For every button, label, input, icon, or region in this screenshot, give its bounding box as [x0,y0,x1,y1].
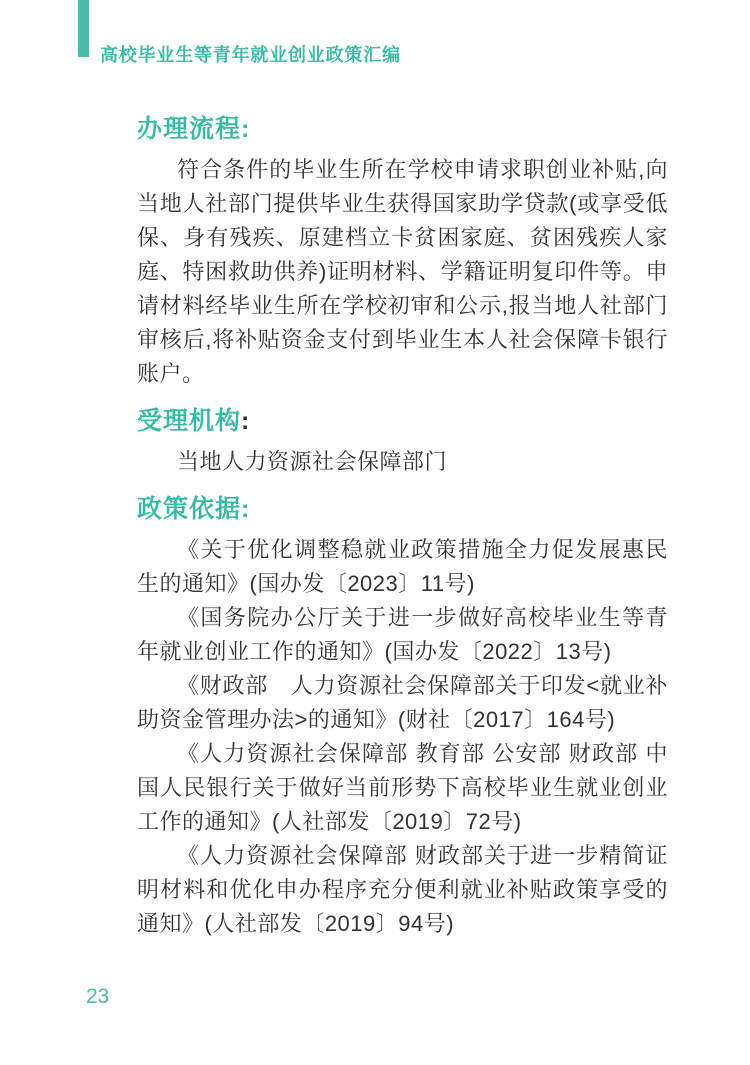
policy-item: 《人力资源社会保障部 财政部关于进一步精简证明材料和优化申办程序充分便利就业补贴… [137,839,668,941]
document-page: 高校毕业生等青年就业创业政策汇编 办理流程: 符合条件的毕业生所在学校申请求职创… [0,0,750,1065]
section-heading-policy-basis: 政策依据: [137,494,668,524]
section-heading-process: 办理流程: [137,114,668,144]
policy-item: 《关于优化调整稳就业政策措施全力促发展惠民生的通知》(国办发〔2023〕11号) [137,533,668,601]
content-area: 办理流程: 符合条件的毕业生所在学校申请求职创业补贴,向当地人社部门提供毕业生获… [137,114,668,941]
header-accent-bar [78,0,89,57]
page-number: 23 [86,985,109,1009]
policy-item: 《人力资源社会保障部 教育部 公安部 财政部 中国人民银行关于做好当前形势下高校… [137,737,668,839]
section-heading-process-label: 办理流程 [137,115,241,143]
section-heading-process-colon: : [241,115,250,143]
process-paragraph: 符合条件的毕业生所在学校申请求职创业补贴,向当地人社部门提供毕业生获得国家助学贷… [137,153,668,391]
section-heading-agency-colon: : [241,407,250,435]
policy-item: 《国务院办公厅关于进一步做好高校毕业生等青年就业创业工作的通知》(国办发〔202… [137,601,668,669]
policy-item: 《财政部 人力资源社会保障部关于印发<就业补助资金管理办法>的通知》(财社〔20… [137,669,668,737]
section-heading-policy-basis-label: 政策依据 [137,495,241,523]
section-heading-policy-basis-colon: : [241,495,250,523]
agency-paragraph: 当地人力资源社会保障部门 [137,445,668,479]
section-heading-agency: 受理机构: [137,406,668,436]
document-header-title: 高校毕业生等青年就业创业政策汇编 [100,41,401,67]
section-heading-agency-label: 受理机构 [137,407,241,435]
